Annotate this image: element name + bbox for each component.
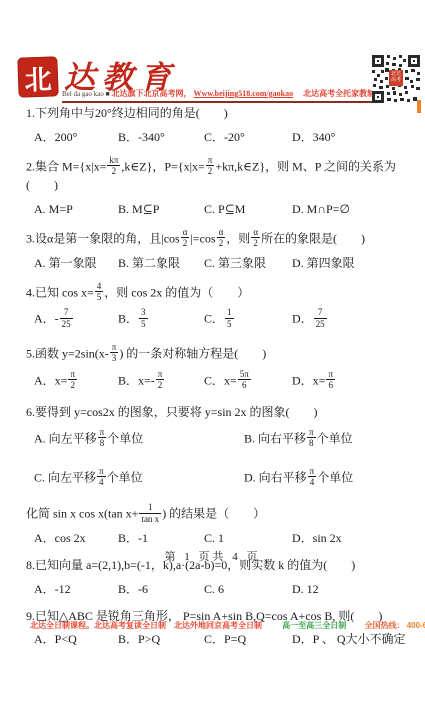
option-d: D. M∩P=∅ bbox=[292, 200, 421, 218]
option-d: D．725 bbox=[292, 307, 421, 329]
question-6: 6.要得到 y=cos2x 的图象，只要将 y=sin 2x 的图象( ) A.… bbox=[26, 403, 421, 487]
option-a: A. M=P bbox=[34, 200, 118, 218]
option-c: C. 6 bbox=[204, 580, 292, 598]
option-c: C．P=Q bbox=[204, 630, 292, 648]
option-b: B．-1 bbox=[118, 529, 204, 547]
question-stem: 1.下列角中与20°终边相同的角是( ) bbox=[26, 104, 421, 123]
question-options: A．x=π2 B．x=-π2 C．x=5π6 D．x=π6 bbox=[26, 369, 421, 391]
option-b: B．x=-π2 bbox=[118, 369, 204, 391]
option-d: D. 12 bbox=[292, 580, 421, 598]
question-stem: 3.设α是第一象限的角，且|cosα2|=cosα2，则α2所在的象限是( ) bbox=[26, 227, 421, 249]
question-list: 1.下列角中与20°终边相同的角是( ) A．200° B．-340° C．-2… bbox=[0, 104, 425, 657]
question-7: 化简 sin x cos x(tan x+1tan x) 的结果是（ ） A．c… bbox=[26, 502, 421, 547]
qr-code: 北达 高考 bbox=[372, 55, 420, 103]
site-url-link[interactable]: Www.beijing518.com/gaokao bbox=[194, 89, 294, 98]
option-d: D．sin 2x bbox=[292, 529, 421, 547]
question-3: 3.设α是第一象限的角，且|cosα2|=cosα2，则α2所在的象限是( ) … bbox=[26, 227, 421, 272]
option-b: B．35 bbox=[118, 307, 204, 329]
option-a: A．x=π2 bbox=[34, 369, 118, 391]
option-d: D．340° bbox=[292, 128, 421, 146]
question-options: A. M=P B. M⊆P C. P⊆M D. M∩P=∅ bbox=[26, 200, 421, 218]
question-5: 5.函数 y=2sin(x-π3) 的一条对称轴方程是( ) A．x=π2 B．… bbox=[26, 342, 421, 390]
promo-programs-red: 北达全日制课程。北达高考复读全日制 北达外地回京高考全日制 bbox=[30, 621, 262, 630]
option-a: A．200° bbox=[34, 128, 118, 146]
hotline-label: 全国热线： bbox=[364, 621, 404, 630]
seal-character: 北 bbox=[24, 57, 52, 97]
question-options: A. 向左平移π8个单位 B. 向右平移π8个单位 C. 向左平移π4个单位 D… bbox=[26, 427, 421, 487]
option-d: D．P 、 Q大小不确定 bbox=[292, 630, 421, 648]
option-b: B. 第二象限 bbox=[118, 254, 204, 272]
option-b: B. 向右平移π8个单位 bbox=[244, 427, 421, 449]
question-1: 1.下列角中与20°终边相同的角是( ) A．200° B．-340° C．-2… bbox=[26, 104, 421, 146]
promo-programs-green: 高一至高三全日制 bbox=[282, 621, 346, 630]
option-d: D．x=π6 bbox=[292, 369, 421, 391]
question-stem: 5.函数 y=2sin(x-π3) 的一条对称轴方程是( ) bbox=[26, 342, 421, 364]
option-a: A．-725 bbox=[34, 307, 118, 329]
option-d: D. 向右平移π4个单位 bbox=[244, 466, 421, 488]
option-b: B．-340° bbox=[118, 128, 204, 146]
question-stem: 化简 sin x cos x(tan x+1tan x) 的结果是（ ） bbox=[26, 502, 421, 524]
option-a: A. 向左平移π8个单位 bbox=[34, 427, 244, 449]
exam-page: 北 达教育 Bei da gao kao ■ 北达旗下北京高考网， Www.be… bbox=[0, 0, 425, 709]
brand-seal-logo: 北 bbox=[17, 56, 58, 97]
option-c: C．x=5π6 bbox=[204, 369, 292, 391]
option-c: C．-20° bbox=[204, 128, 292, 146]
question-stem: 4.已知 cos x=45，则 cos 2x 的值为（ ） bbox=[26, 281, 421, 303]
site-label: 北达旗下北京高考网， bbox=[112, 89, 192, 98]
question-options: A．cos 2x B．-1 C. 1 D．sin 2x bbox=[26, 529, 421, 547]
option-b: B. M⊆P bbox=[118, 200, 204, 218]
hotline-number: 400-6168-182 bbox=[407, 621, 425, 630]
option-c: C. P⊆M bbox=[204, 200, 292, 218]
option-c: C. 1 bbox=[204, 529, 292, 547]
bottom-promo-bar: 北达全日制课程。北达高考复读全日制 北达外地回京高考全日制 高一至高三全日制 全… bbox=[30, 620, 419, 631]
question-options: A．-12 B．-6 C. 6 D. 12 bbox=[26, 580, 421, 598]
question-2: 2.集合 M={x|x=kπ2,k∈Z}，P={x|x=π2+kπ,k∈Z}，则… bbox=[26, 155, 421, 218]
option-c: C．15 bbox=[204, 307, 292, 329]
question-stem: 6.要得到 y=cos2x 的图象，只要将 y=sin 2x 的图象( ) bbox=[26, 403, 421, 422]
question-4: 4.已知 cos x=45，则 cos 2x 的值为（ ） A．-725 B．3… bbox=[26, 281, 421, 329]
option-b: B．-6 bbox=[118, 580, 204, 598]
option-c: C. 向左平移π4个单位 bbox=[34, 466, 244, 488]
option-b: B．P>Q bbox=[118, 630, 204, 648]
tagline-en: Bei da gao kao ■ bbox=[62, 90, 112, 98]
qr-center-badge: 北达 高考 bbox=[389, 70, 403, 86]
tutoring-phone: 北达高考全托家教辅导：010-62526900 bbox=[295, 89, 374, 98]
option-c: C. 第三象限 bbox=[204, 254, 292, 272]
page-indicator: 第 1 页共 4 页 bbox=[0, 548, 425, 564]
question-stem: 2.集合 M={x|x=kπ2,k∈Z}，P={x|x=π2+kπ,k∈Z}，则… bbox=[26, 155, 421, 195]
header-subline: Bei da gao kao ■ 北达旗下北京高考网， Www.beijing5… bbox=[62, 88, 374, 103]
option-a: A．-12 bbox=[34, 580, 118, 598]
option-d: D. 第四象限 bbox=[292, 254, 421, 272]
question-options: A. 第一象限 B. 第二象限 C. 第三象限 D. 第四象限 bbox=[26, 254, 421, 272]
question-options: A．P<Q B．P>Q C．P=Q D．P 、 Q大小不确定 bbox=[26, 630, 421, 648]
question-options: A．200° B．-340° C．-20° D．340° bbox=[26, 128, 421, 146]
option-a: A．cos 2x bbox=[34, 529, 118, 547]
question-options: A．-725 B．35 C．15 D．725 bbox=[26, 307, 421, 329]
option-a: A. 第一象限 bbox=[34, 254, 118, 272]
option-a: A．P<Q bbox=[34, 630, 118, 648]
